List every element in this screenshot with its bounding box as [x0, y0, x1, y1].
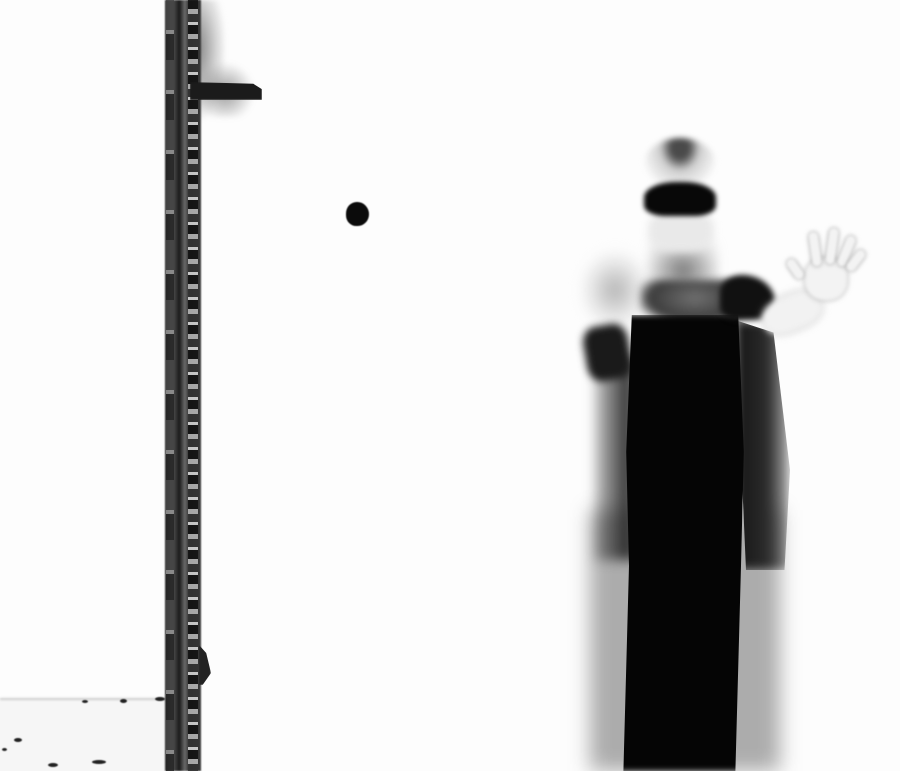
hair: [645, 138, 715, 188]
pole-bracket: [190, 82, 262, 100]
ground-speck: [120, 699, 127, 703]
ground-speck: [155, 697, 165, 701]
ground-speck: [92, 760, 106, 764]
pole-edge-texture: [188, 0, 198, 771]
pole-texture: [166, 0, 174, 771]
face: [648, 210, 714, 252]
ground-speck: [14, 738, 22, 742]
thumb: [785, 257, 805, 280]
left-elbow: [581, 322, 635, 384]
blindfolded-figure: [570, 130, 870, 771]
raised-right-hand: [795, 228, 865, 303]
wall-hole: [346, 202, 369, 226]
ground-speck: [82, 700, 88, 703]
finger: [808, 232, 822, 267]
pole-tab: [199, 645, 211, 685]
ground-speck: [48, 763, 58, 767]
blindfold: [644, 182, 716, 216]
ground-speck: [2, 748, 7, 751]
black-dress: [615, 315, 755, 771]
finger: [825, 228, 839, 265]
photograph: [0, 0, 900, 771]
